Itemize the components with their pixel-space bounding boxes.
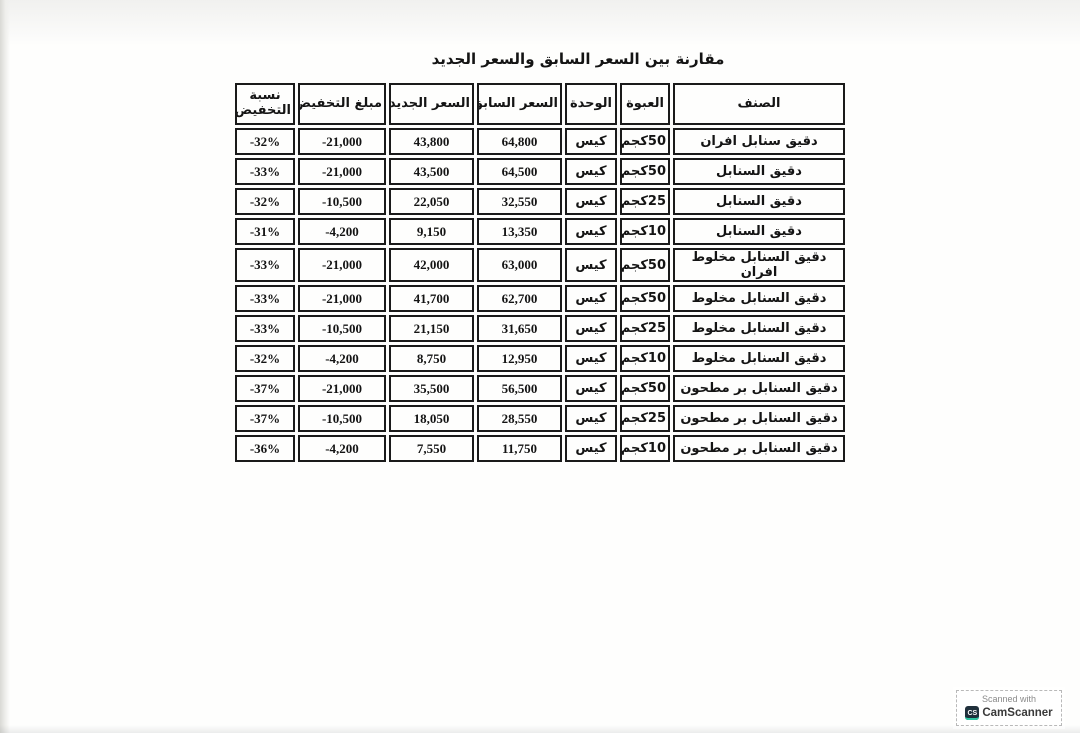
cell-unit: كيس	[565, 248, 617, 282]
cell-discount-amount: -4,200	[298, 218, 386, 245]
cell-package: 50كجم	[620, 285, 670, 312]
cell-discount-amount: -4,200	[298, 435, 386, 462]
cell-previous-price: 12,950	[477, 345, 562, 372]
cell-discount-percent: -32%	[235, 345, 295, 372]
header-item: الصنف	[673, 83, 845, 125]
cell-item: دقيق السنابل بر مطحون	[673, 375, 845, 402]
cell-unit: كيس	[565, 285, 617, 312]
scan-top-shadow	[0, 0, 1080, 46]
header-unit: الوحدة	[565, 83, 617, 125]
cell-discount-amount: -4,200	[298, 345, 386, 372]
cell-discount-amount: -21,000	[298, 285, 386, 312]
cell-item: دقيق السنابل بر مطحون	[673, 405, 845, 432]
cell-discount-percent: -32%	[235, 188, 295, 215]
cell-discount-percent: -33%	[235, 315, 295, 342]
cell-new-price: 43,800	[389, 128, 474, 155]
scan-bottom-shadow	[0, 725, 1080, 733]
cell-discount-amount: -21,000	[298, 158, 386, 185]
cell-package: 10كجم	[620, 345, 670, 372]
cell-previous-price: 63,000	[477, 248, 562, 282]
cell-new-price: 42,000	[389, 248, 474, 282]
cell-unit: كيس	[565, 405, 617, 432]
cell-package: 10كجم	[620, 218, 670, 245]
cell-unit: كيس	[565, 128, 617, 155]
header-package: العبوة	[620, 83, 670, 125]
cell-new-price: 41,700	[389, 285, 474, 312]
cell-previous-price: 56,500	[477, 375, 562, 402]
cell-discount-amount: -21,000	[298, 375, 386, 402]
cell-discount-percent: -33%	[235, 248, 295, 282]
cell-item: دقيق السنابل	[673, 218, 845, 245]
cell-discount-percent: -31%	[235, 218, 295, 245]
cell-package: 25كجم	[620, 315, 670, 342]
cell-item: دقيق السنابل مخلوط	[673, 315, 845, 342]
cell-previous-price: 62,700	[477, 285, 562, 312]
table-row: دقيق السنابل مخلوط 25كجم كيس 31,650 21,1…	[235, 315, 845, 342]
cell-unit: كيس	[565, 375, 617, 402]
cell-item: دقيق السنابل	[673, 188, 845, 215]
cell-new-price: 43,500	[389, 158, 474, 185]
cell-item: دقيق السنابل بر مطحون	[673, 435, 845, 462]
table-row: دقيق السنابل 10كجم كيس 13,350 9,150 -4,2…	[235, 218, 845, 245]
scan-left-edge	[0, 0, 10, 733]
scanned-with-label: Scanned with	[959, 694, 1059, 704]
cell-discount-amount: -21,000	[298, 248, 386, 282]
cell-discount-percent: -32%	[235, 128, 295, 155]
cell-discount-percent: -36%	[235, 435, 295, 462]
header-discount-percent: نسبة التخفيض	[235, 83, 295, 125]
cell-item: دقيق سنابل افران	[673, 128, 845, 155]
cell-unit: كيس	[565, 435, 617, 462]
cell-unit: كيس	[565, 158, 617, 185]
camscanner-brand-row: CS CamScanner	[959, 706, 1059, 720]
camscanner-watermark: Scanned with CS CamScanner	[956, 690, 1062, 726]
table-row: دقيق السنابل 50كجم كيس 64,500 43,500 -21…	[235, 158, 845, 185]
scanned-document-page: مقارنة بين السعر السابق والسعر الجديد ال…	[0, 0, 1080, 733]
cell-discount-percent: -33%	[235, 285, 295, 312]
header-new-price: السعر الجديد	[389, 83, 474, 125]
cell-unit: كيس	[565, 218, 617, 245]
cell-item: دقيق السنابل مخلوط افران	[673, 248, 845, 282]
cell-unit: كيس	[565, 315, 617, 342]
cell-discount-amount: -10,500	[298, 188, 386, 215]
cell-item: دقيق السنابل مخلوط	[673, 345, 845, 372]
table-row: دقيق السنابل بر مطحون 50كجم كيس 56,500 3…	[235, 375, 845, 402]
cell-discount-amount: -10,500	[298, 315, 386, 342]
cell-new-price: 22,050	[389, 188, 474, 215]
cell-new-price: 7,550	[389, 435, 474, 462]
cell-discount-percent: -37%	[235, 375, 295, 402]
cell-previous-price: 64,500	[477, 158, 562, 185]
cell-package: 25كجم	[620, 188, 670, 215]
document-title: مقارنة بين السعر السابق والسعر الجديد	[370, 50, 786, 68]
cell-package: 50كجم	[620, 375, 670, 402]
header-previous-price: السعر السابق	[477, 83, 562, 125]
table-row: دقيق السنابل مخلوط افران 50كجم كيس 63,00…	[235, 248, 845, 282]
cell-package: 50كجم	[620, 248, 670, 282]
cell-discount-percent: -33%	[235, 158, 295, 185]
cell-new-price: 21,150	[389, 315, 474, 342]
table-row: دقيق السنابل 25كجم كيس 32,550 22,050 -10…	[235, 188, 845, 215]
cell-new-price: 35,500	[389, 375, 474, 402]
cell-package: 10كجم	[620, 435, 670, 462]
cell-previous-price: 31,650	[477, 315, 562, 342]
cell-discount-percent: -37%	[235, 405, 295, 432]
camscanner-logo-icon: CS	[965, 706, 979, 720]
table-body: دقيق سنابل افران 50كجم كيس 64,800 43,800…	[235, 128, 845, 462]
camscanner-brand-name: CamScanner	[982, 707, 1052, 719]
table-row: دقيق السنابل بر مطحون 25كجم كيس 28,550 1…	[235, 405, 845, 432]
cell-discount-amount: -21,000	[298, 128, 386, 155]
cell-discount-amount: -10,500	[298, 405, 386, 432]
cell-previous-price: 28,550	[477, 405, 562, 432]
cell-package: 25كجم	[620, 405, 670, 432]
table-header-row: الصنف العبوة الوحدة السعر السابق السعر ا…	[235, 83, 845, 125]
table-row: دقيق السنابل بر مطحون 10كجم كيس 11,750 7…	[235, 435, 845, 462]
cell-previous-price: 13,350	[477, 218, 562, 245]
cell-unit: كيس	[565, 345, 617, 372]
cell-previous-price: 64,800	[477, 128, 562, 155]
cell-previous-price: 32,550	[477, 188, 562, 215]
cell-previous-price: 11,750	[477, 435, 562, 462]
cell-item: دقيق السنابل مخلوط	[673, 285, 845, 312]
cell-unit: كيس	[565, 188, 617, 215]
cell-new-price: 18,050	[389, 405, 474, 432]
cell-package: 50كجم	[620, 158, 670, 185]
table-row: دقيق السنابل مخلوط 50كجم كيس 62,700 41,7…	[235, 285, 845, 312]
price-comparison-table: الصنف العبوة الوحدة السعر السابق السعر ا…	[232, 80, 848, 465]
cell-package: 50كجم	[620, 128, 670, 155]
cell-item: دقيق السنابل	[673, 158, 845, 185]
table-row: دقيق سنابل افران 50كجم كيس 64,800 43,800…	[235, 128, 845, 155]
cell-new-price: 8,750	[389, 345, 474, 372]
table-row: دقيق السنابل مخلوط 10كجم كيس 12,950 8,75…	[235, 345, 845, 372]
cell-new-price: 9,150	[389, 218, 474, 245]
header-discount-amount: مبلغ التخفيض	[298, 83, 386, 125]
